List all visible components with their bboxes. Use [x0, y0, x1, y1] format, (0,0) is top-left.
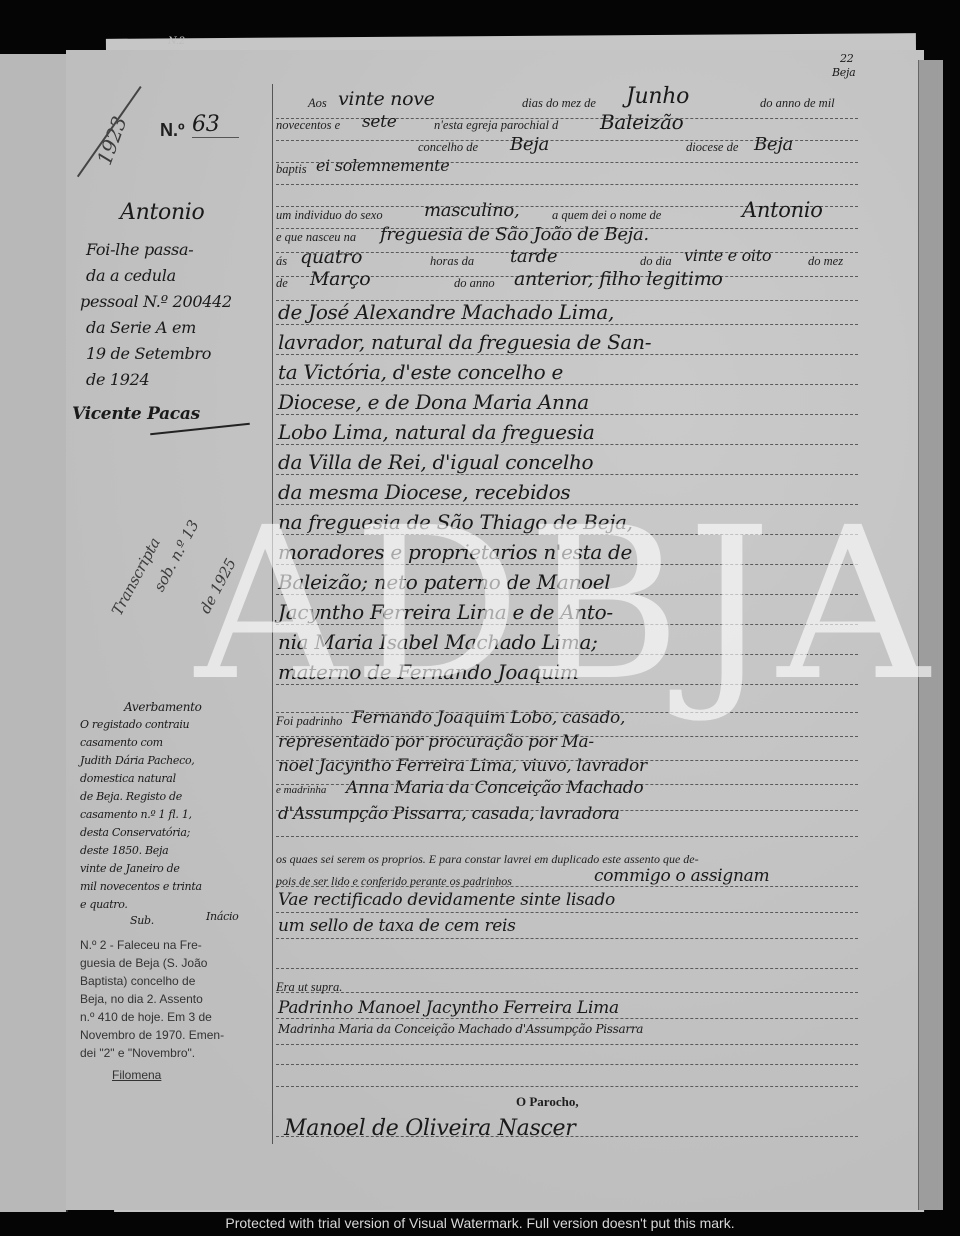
field-birth-year: anterior, filho legitimo	[514, 268, 723, 290]
era-ut-supra: Era ut supra.	[276, 980, 342, 995]
field-baptis: ei solemnemente	[316, 156, 449, 175]
field-birth-month: Março	[310, 268, 370, 290]
body-line: da mesma Diocese, recebidos	[278, 480, 570, 504]
page-stack-edge	[918, 60, 943, 1210]
field-birth-day: vinte e oito	[684, 246, 771, 265]
death-note-line: Beja, no dia 2. Assento	[80, 992, 203, 1006]
folio-number: 22	[840, 52, 853, 65]
field-name: Antonio	[742, 198, 823, 222]
closing-hand-line: commigo o assignam	[594, 866, 769, 886]
field-concelho: Beja	[510, 134, 549, 155]
body-line: da Villa de Rei, d'igual concelho	[278, 450, 593, 474]
label-diocese: diocese de	[686, 140, 738, 155]
parocho-signature: Manoel de Oliveira Nascer	[284, 1116, 575, 1141]
death-note-line: N.º 2 - Faleceu na Fre-	[80, 938, 202, 952]
padrinho-line: Fernando Joaquim Lobo, casado,	[352, 708, 625, 728]
cedula-note-line: de 1924	[86, 370, 149, 389]
body-line: lavrador, natural da freguesia de San-	[278, 330, 651, 354]
body-line: na freguesia de São Thiago de Beja,	[278, 510, 633, 534]
closing-hand-line: Vae rectificado devidamente sinte lisado	[278, 890, 615, 910]
body-line: moradores e proprietarios n'esta de	[278, 540, 632, 564]
field-birthplace: freguesia de São João de Beja.	[380, 224, 649, 245]
label-padrinho: Foi padrinho	[276, 714, 342, 729]
padrinho-line: representado por procuração por Ma-	[278, 732, 594, 752]
label-do-anno: do anno	[454, 276, 495, 291]
closing-hand-line: um sello de taxa de cem reis	[278, 916, 516, 936]
padrinho-line: noel Jacyntho Ferreira Lima, viuvo, lavr…	[278, 756, 647, 776]
adjacent-page-strip	[0, 54, 68, 1214]
parocho-label: O Parocho,	[516, 1094, 579, 1110]
body-line: Jacyntho Ferreira Lima e de Anto-	[278, 600, 613, 624]
marriage-note-signature: Inácio	[206, 910, 239, 923]
body-line: de José Alexandre Machado Lima,	[278, 300, 614, 324]
cedula-signature: Vicente Pacas	[72, 404, 200, 424]
entry-number: 63	[192, 112, 239, 138]
cedula-note-line: da Serie A em	[86, 318, 196, 337]
label-do-anno-de-mil: do anno de mil	[760, 96, 835, 111]
field-year: sete	[362, 112, 396, 132]
death-note-line: Baptista) concelho de	[80, 974, 195, 988]
marriage-note-line: domestica natural	[80, 772, 176, 785]
field-sex: masculino,	[424, 200, 519, 221]
field-parish: Baleizão	[600, 110, 683, 134]
field-diocese: Beja	[754, 134, 793, 155]
madrinha-line: d'Assumpção Pissarra, casada, lavradora	[278, 804, 620, 824]
label-baptis: baptis	[276, 162, 307, 177]
label-egreja-parochial: n'esta egreja parochial d	[434, 118, 558, 133]
closing-printed-line: pois de ser lido e conferido perante os …	[276, 874, 512, 889]
padrinho-signature: Padrinho Manoel Jacyntho Ferreira Lima	[278, 998, 619, 1018]
marriage-note-line: Averbamento	[124, 700, 202, 714]
marriage-note-line: desta Conservatória;	[80, 826, 190, 839]
cedula-note-line: 19 de Setembro	[86, 344, 211, 363]
trial-watermark-notice: Protected with trial version of Visual W…	[0, 1215, 960, 1231]
field-period: tarde	[510, 246, 557, 267]
label-de: de	[276, 276, 288, 291]
place-abbrev: Beja	[832, 66, 855, 79]
cedula-note-line: Foi-lhe passa-	[86, 240, 193, 259]
field-day: vinte nove	[338, 88, 435, 110]
baptized-name-margin: Antonio	[120, 200, 205, 225]
death-note-line: n.º 410 de hoje. Em 3 de	[80, 1010, 212, 1024]
label-aos: Aos	[308, 96, 327, 111]
marriage-note-line: de Beja. Registo de	[80, 790, 182, 803]
marriage-note-signature: Sub.	[130, 914, 154, 927]
label-as: ás	[276, 254, 287, 269]
label-novecentos: novecentos e	[276, 118, 340, 133]
label-madrinha: e madrinha	[276, 784, 326, 796]
field-month: Junho	[626, 84, 689, 109]
label-sexo: um individuo do sexo	[276, 208, 383, 223]
marriage-note-line: deste 1850. Beja	[80, 844, 168, 857]
cedula-note-line: da a cedula	[86, 266, 176, 285]
body-line: ta Victória, d'este concelho e	[278, 360, 563, 384]
label-do-mez: do mez	[808, 254, 843, 269]
closing-printed-line: os quaes sei serem os proprios. E para c…	[276, 852, 699, 867]
top-tab-mark: N.2	[168, 36, 185, 47]
label-concelho: concelho de	[418, 140, 478, 155]
label-nasceu: e que nasceu na	[276, 230, 356, 245]
madrinha-line: Anna Maria da Conceição Machado	[346, 778, 643, 798]
death-note-signature: Filomena	[112, 1068, 161, 1082]
body-line: materno de Fernando Joaquim	[278, 660, 579, 684]
death-note-line: dei "2" e "Novembro".	[80, 1046, 195, 1060]
marriage-note-line: e quatro.	[80, 898, 128, 911]
body-line: nia Maria Isabel Machado Lima;	[278, 630, 598, 654]
death-note-line: guesia de Beja (S. João	[80, 956, 207, 970]
field-hour: quatro	[300, 246, 362, 268]
entry-number-label: N.º	[160, 120, 185, 141]
marriage-note-line: O registado contraiu	[80, 718, 189, 731]
body-line: Lobo Lima, natural da freguesia	[278, 420, 594, 444]
marriage-note-line: vinte de Janeiro de	[80, 862, 180, 875]
label-do-dia: do dia	[640, 254, 672, 269]
marriage-note-line: mil novecentos e trinta	[80, 880, 202, 893]
label-nome: a quem dei o nome de	[552, 208, 661, 223]
madrinha-signature: Madrinha Maria da Conceição Machado d'As…	[278, 1022, 643, 1036]
label-horas: horas da	[430, 254, 474, 269]
marriage-note-line: Judith Dária Pacheco,	[80, 754, 194, 767]
cedula-note-line: pessoal N.º 200442	[80, 292, 232, 311]
marriage-note-line: casamento com	[80, 736, 163, 749]
body-line: Diocese, e de Dona Maria Anna	[278, 390, 589, 414]
body-line: Baleizão; neto paterno de Manoel	[278, 570, 610, 594]
label-dias-do-mez: dias do mez de	[522, 96, 596, 111]
death-note-line: Novembro de 1970. Emen-	[80, 1028, 224, 1042]
marriage-note-line: casamento n.º 1 fl. 1,	[80, 808, 192, 821]
margin-rule	[272, 84, 273, 1144]
